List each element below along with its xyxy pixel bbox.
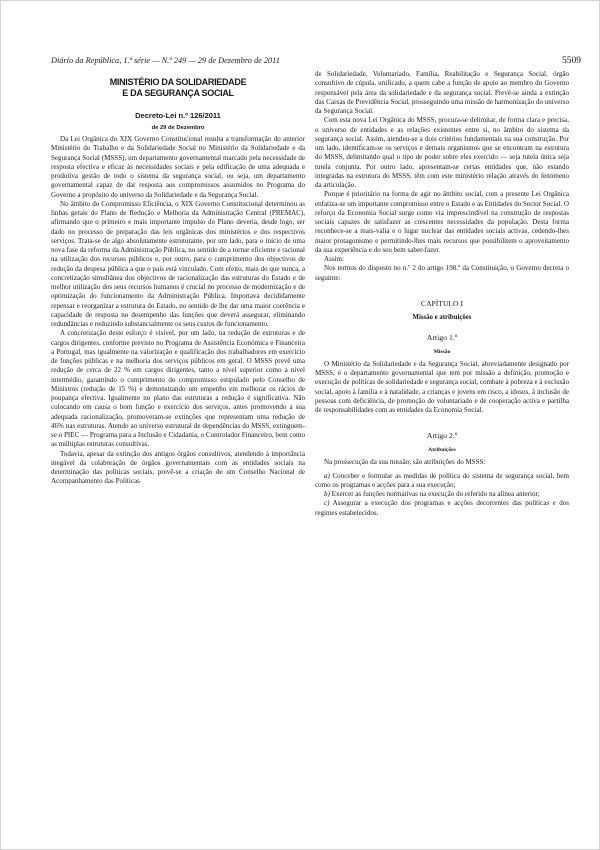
- article-2-item-a: a) Conceber e formular as medidas de pol…: [315, 472, 569, 491]
- paragraph: Porque é prioritário na forma de agir no…: [315, 190, 569, 255]
- decree-date: de 29 de Dezembro: [51, 124, 305, 132]
- running-header: Diário da República, 1.ª série — N.º 249…: [51, 54, 581, 68]
- ministry-line-1: MINISTÉRIO DA SOLIDARIEDADE: [51, 77, 305, 88]
- ministry-line-2: E DA SEGURANÇA SOCIAL: [51, 88, 305, 99]
- paragraph: A concretização deste esforço é visível,…: [51, 329, 305, 449]
- article-2-item-b: b) Exercer as funções normativas na exec…: [315, 490, 569, 499]
- article-2-subtitle: Atribuições: [315, 446, 569, 454]
- item-letter: a): [324, 472, 330, 480]
- item-text: Conceber e formular as medidas de políti…: [315, 472, 569, 489]
- paragraph: Todavia, apesar da extinção dos antigos …: [51, 450, 305, 487]
- paragraph: Com esta nova Lei Orgânica do MSSS, proc…: [315, 116, 569, 190]
- journal-citation: Diário da República, 1.ª série — N.º 249…: [51, 54, 280, 68]
- article-2-intro: Na prossecução da sua missão, são atribu…: [315, 458, 569, 467]
- chapter-title: CAPÍTULO I: [315, 299, 569, 309]
- item-text: Assegurar a execução dos programas e acç…: [315, 499, 569, 516]
- item-letter: b): [324, 490, 330, 498]
- chapter-subtitle: Missão e atribuições: [315, 313, 569, 323]
- left-column: MINISTÉRIO DA SOLIDARIEDADE E DA SEGURAN…: [51, 70, 305, 487]
- paragraph: Nos termos do disposto no n.º 2 do artig…: [315, 264, 569, 283]
- paragraph: No âmbito do Compromisso Eficiência, o X…: [51, 200, 305, 330]
- paragraph: de Solidariedade, Voluntariado, Família,…: [315, 70, 569, 116]
- right-column: de Solidariedade, Voluntariado, Família,…: [315, 70, 569, 518]
- article-1-subtitle: Missão: [315, 348, 569, 356]
- article-2-item-c: c) Assegurar a execução dos programas e …: [315, 499, 569, 518]
- article-1-text: O Ministério da Solidariedade e da Segur…: [315, 360, 569, 416]
- paragraph: Assim:: [315, 255, 569, 264]
- ministry-heading: MINISTÉRIO DA SOLIDARIEDADE E DA SEGURAN…: [51, 77, 305, 99]
- decree-title: Decreto-Lei n.º 126/2011: [51, 111, 305, 121]
- page-number: 5509: [562, 54, 581, 68]
- article-1-title: Artigo 1.º: [315, 333, 569, 343]
- item-text: Exercer as funções normativas na execuçã…: [332, 490, 540, 498]
- paragraph: Da Lei Orgânica do XIX Governo Constituc…: [51, 135, 305, 200]
- item-letter: c): [324, 499, 329, 507]
- article-2-title: Artigo 2.º: [315, 431, 569, 441]
